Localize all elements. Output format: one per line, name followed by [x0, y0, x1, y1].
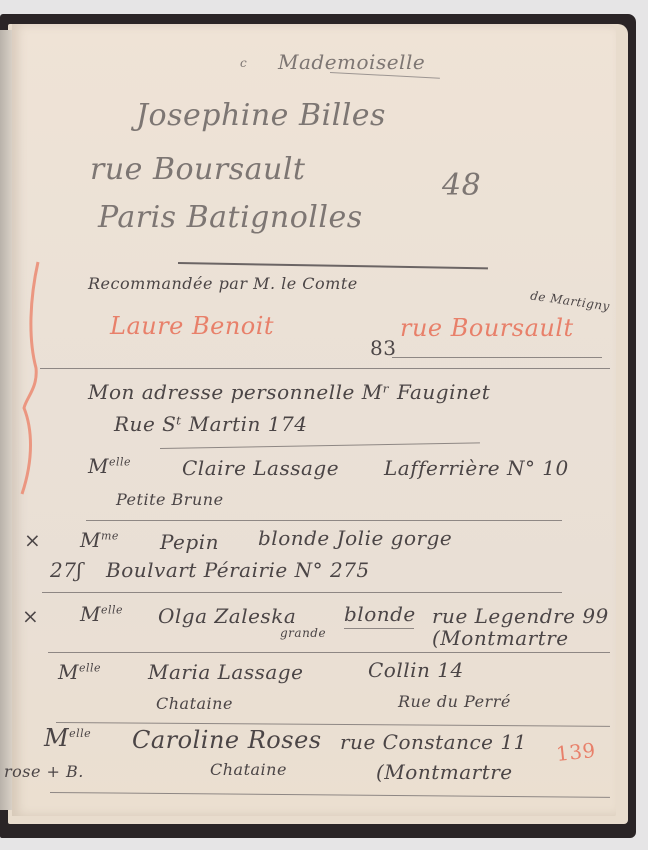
addressee-street-number: 48 — [442, 168, 481, 203]
red-page-number: 139 — [555, 738, 597, 766]
red-crayon-name: Laure Benoit — [110, 312, 274, 340]
small-c-mark: c — [240, 56, 247, 70]
entry-3-description: blonde — [344, 602, 416, 626]
entry-2-name: Pepin — [160, 530, 219, 554]
entry-2-margin-note: 27ʃ — [50, 558, 82, 582]
addressee-city: Paris Batignolles — [98, 200, 363, 235]
entry-3-address: rue Legendre 99 — [432, 604, 609, 628]
entry-4-name: Maria Lassage — [148, 660, 303, 684]
entry-1-name: Claire Lassage — [182, 456, 339, 480]
entry-5-margin-note: rose + B. — [4, 762, 84, 781]
entry-2-cross-mark: × — [24, 528, 41, 552]
section-rule — [40, 368, 610, 369]
entry-5-district: (Montmartre — [376, 760, 513, 784]
entry-0-line1: Mon adresse personnelle Mʳ Fauginet — [88, 380, 490, 404]
entry-1-title: Melle — [88, 454, 131, 478]
red-bracket-mark — [20, 258, 42, 498]
entry-2-rule — [42, 592, 562, 593]
entry-number-rule — [392, 357, 602, 358]
entry-3-name: Olga Zaleska — [158, 604, 296, 628]
entry-4-address2: Rue du Perré — [398, 692, 511, 711]
entry-1-rule — [86, 520, 562, 521]
entry-5-address: rue Constance 11 — [340, 730, 527, 754]
addressee-street: rue Boursault — [90, 152, 305, 187]
entry-1-address: Lafferrière N° 10 — [384, 456, 569, 480]
entry-3-description-below: grande — [280, 626, 326, 640]
entry-3-rule — [48, 652, 610, 653]
recommendation-note: Recommandée par M. le Comte — [88, 274, 358, 293]
entry-3-underline — [344, 628, 414, 629]
entry-5-title: Melle — [44, 724, 91, 752]
entry-3-cross-mark: × — [22, 604, 39, 628]
entry-1-description: Petite Brune — [116, 490, 224, 509]
entry-3-title: Melle — [80, 602, 123, 626]
notebook-page — [12, 24, 616, 816]
entry-4-description: Chataine — [156, 694, 233, 713]
entry-3-district: (Montmartre — [432, 626, 569, 650]
entry-5-name: Caroline Roses — [132, 726, 322, 754]
addressee-name: Josephine Billes — [136, 98, 386, 133]
entry-5-description: Chataine — [210, 760, 287, 779]
entry-4-address: Collin 14 — [368, 658, 464, 682]
entry-4-title: Melle — [58, 660, 101, 684]
facing-page-edge — [0, 30, 12, 810]
red-crayon-address: rue Boursault — [400, 314, 574, 342]
entry-2-address: Boulvart Pérairie N° 275 — [106, 558, 370, 582]
entry-0-line2: Rue Sᵗ Martin 174 — [114, 412, 307, 436]
entry-2-title: Mme — [80, 528, 119, 552]
entry-2-description: blonde Jolie gorge — [258, 526, 452, 550]
salutation: Mademoiselle — [278, 50, 425, 74]
